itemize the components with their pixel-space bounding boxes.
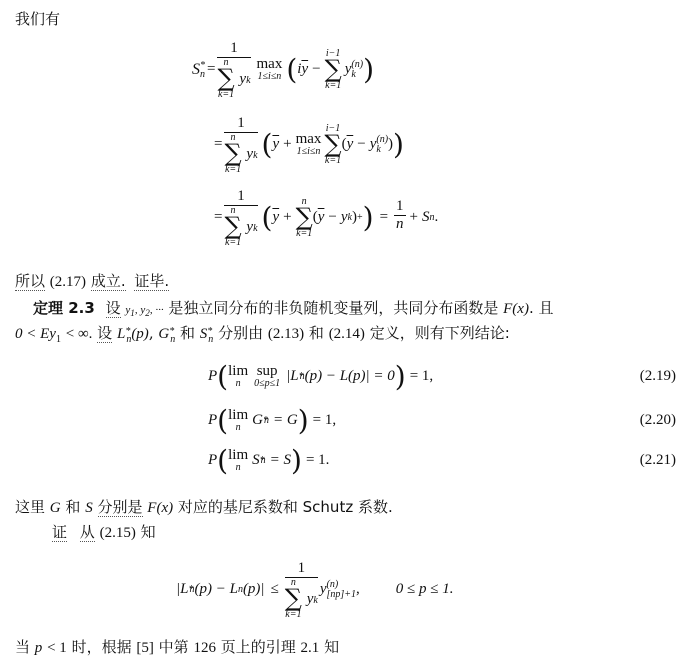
lhs-symbol: S*n <box>192 61 205 79</box>
derivation-line-2: = 1 n∑k=1 yk ( y + max1≤i≤n i−1∑k=1 (y −… <box>214 115 404 175</box>
theorem-label: 定理 2.3 <box>33 299 95 317</box>
equation-2-19: P( limn sup0≤p≤1 |L*n(p) − L(p)| = 0 )= … <box>208 360 433 393</box>
equation-2-20: P( limn G*n = G )= 1, <box>208 404 336 437</box>
equation-tag: (2.20) <box>640 412 676 429</box>
equation-tag: (2.21) <box>640 452 676 469</box>
derivation-line-1: S*n = 1 n∑k=1 yk max1≤i≤n ( iy − i−1∑k=1… <box>192 40 374 100</box>
equation-tag: (2.19) <box>640 368 676 385</box>
last-line: 当 p < 1 时，根据 [5] 中第 126 页上的引理 2.1 知 <box>15 636 339 657</box>
conclusion-line: 所以 (2.17) 成立. 证毕. <box>15 270 169 291</box>
theorem-line-2: 0 < Ey1 < ∞. 设 L*n(p), G*n 和 S*n 分别由 (2.… <box>15 322 510 345</box>
inequality: |L*n(p) − Ln(p)| ≤ 1 n∑k=1 yk y(n)[np]+1… <box>176 560 454 620</box>
equation-2-21: P( limn S*n = S )= 1. <box>208 444 329 477</box>
intro-text: 我们有 <box>15 8 60 29</box>
proof-line: 证 从 (2.15) 知 <box>52 521 156 542</box>
max-operator: max1≤i≤n <box>257 57 283 82</box>
remark-line: 这里 G 和 S 分别是 F(x) 对应的基尼系数和 Schutz 系数. <box>15 496 393 517</box>
normalizing-fraction: 1 n∑k=1 yk <box>217 40 250 100</box>
proof-label: 证 <box>52 523 67 542</box>
derivation-line-3: = 1 n∑k=1 yk ( y + n∑k=1 (y − yk)+ ) = 1… <box>214 188 438 248</box>
sum-operator: i−1∑k=1 <box>325 49 342 91</box>
theorem-line-1: 定理 2.3 设 y1, y2, ··· 是独立同分布的非负随机变量列，共同分布… <box>33 297 554 318</box>
